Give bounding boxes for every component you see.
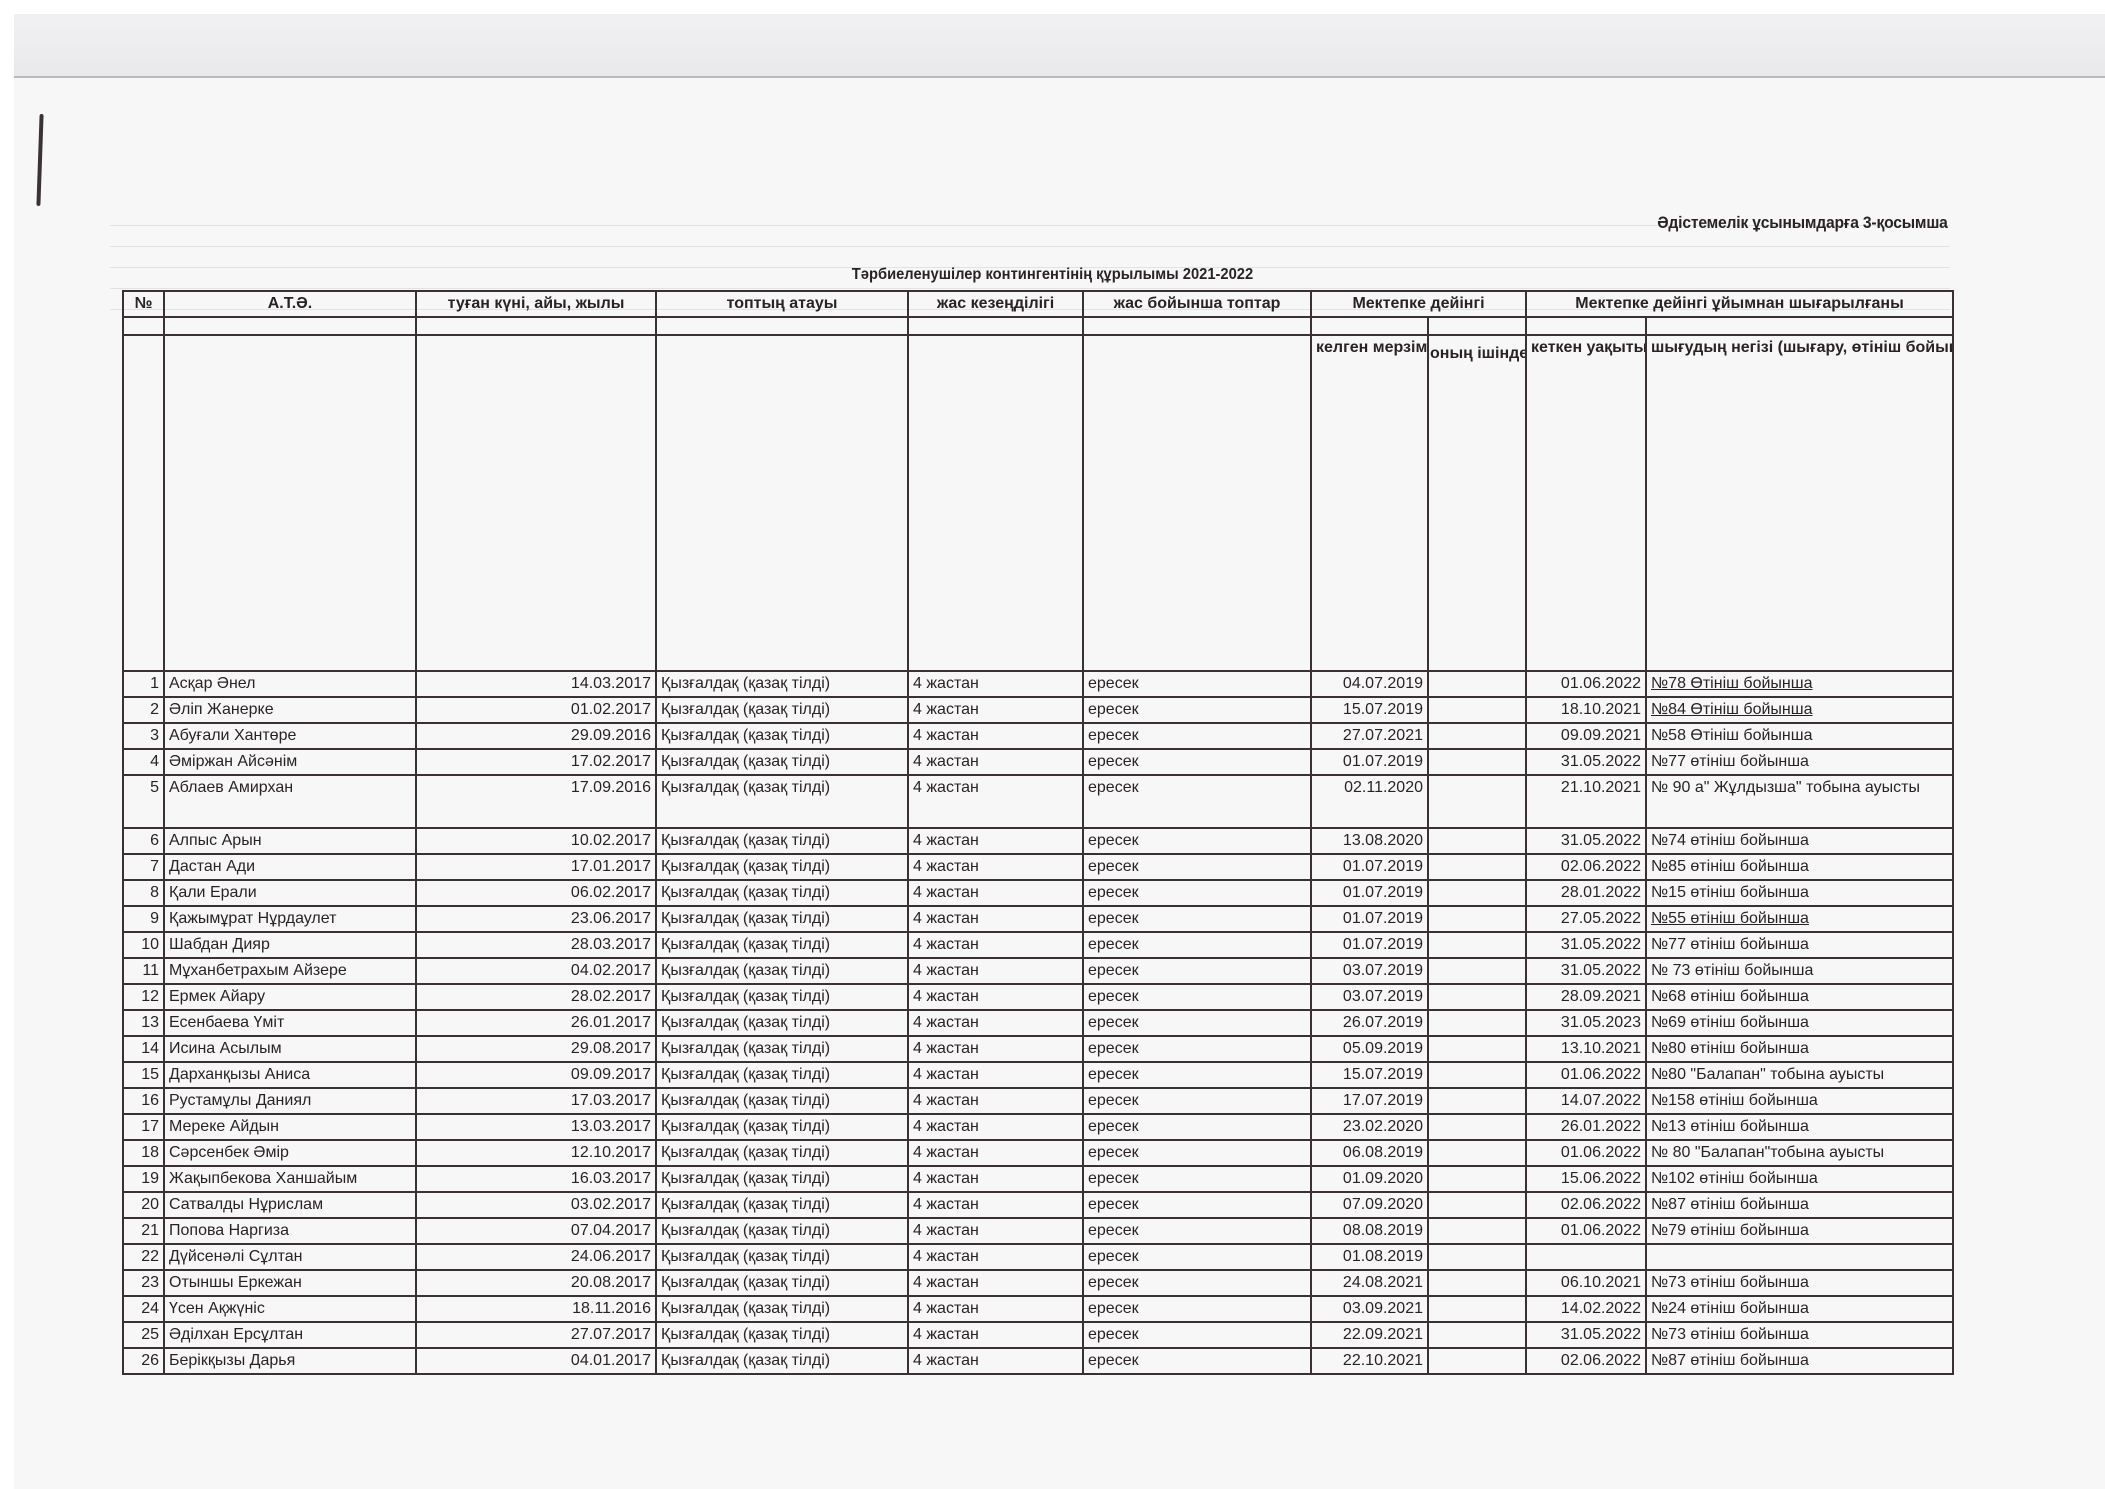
header-no: № [123,291,164,317]
cell-left-date: 18.10.2021 [1526,697,1646,723]
cell-age-period: 4 жастан [908,1140,1083,1166]
cell-state-order [1428,828,1526,854]
cell-birth-date: 14.03.2017 [416,671,656,697]
cell-leave-reason: №102 өтініш бойынша [1646,1166,1953,1192]
table-row: 5Аблаев Амирхан17.09.2016Қызғалдақ (қаза… [123,775,1953,828]
cell-group-name: Қызғалдақ (қазақ тілді) [656,828,908,854]
cell-row-number: 1 [123,671,164,697]
cell-age-group: ересек [1083,1140,1311,1166]
underlined-reason: №84 Өтініш бойынша [1651,701,1812,718]
cell-child-name: Аблаев Амирхан [164,775,416,828]
cell-birth-date: 09.09.2017 [416,1062,656,1088]
table-row: 22Дүйсенәлі Сұлтан24.06.2017Қызғалдақ (қ… [123,1244,1953,1270]
cell-left-date [1526,1244,1646,1270]
cell-child-name: Ермек Айару [164,984,416,1010]
cell-leave-reason: №68 өтініш бойынша [1646,984,1953,1010]
cell-age-group: ересек [1083,880,1311,906]
cell-arrival-date: 03.07.2019 [1311,958,1428,984]
cell-birth-date: 17.01.2017 [416,854,656,880]
table-row: 25Әділхан Ерсұлтан27.07.2017Қызғалдақ (қ… [123,1322,1953,1348]
cell-age-group: ересек [1083,1010,1311,1036]
cell-left-date: 27.05.2022 [1526,906,1646,932]
cell-child-name: Сәрсенбек Әмір [164,1140,416,1166]
cell-group-name: Қызғалдақ (қазақ тілді) [656,906,908,932]
cell-row-number: 24 [123,1296,164,1322]
table-row: 21Попова Наргиза07.04.2017Қызғалдақ (қаз… [123,1218,1953,1244]
cell-age-period: 4 жастан [908,775,1083,828]
table-row: 11Мұханбетрахым Айзере04.02.2017Қызғалда… [123,958,1953,984]
cell-row-number: 26 [123,1348,164,1374]
cell-birth-date: 12.10.2017 [416,1140,656,1166]
cell-age-group: ересек [1083,671,1311,697]
cell-leave-reason: № 80 "Балапан"тобына ауысты [1646,1140,1953,1166]
cell-group-name: Қызғалдақ (қазақ тілді) [656,1166,908,1192]
table-row: 20Сатвалды Нұрислам03.02.2017Қызғалдақ (… [123,1192,1953,1218]
cell-leave-reason: №69 өтініш бойынша [1646,1010,1953,1036]
cell-group-name: Қызғалдақ (қазақ тілді) [656,1244,908,1270]
cell-child-name: Дүйсенәлі Сұлтан [164,1244,416,1270]
cell-age-group: ересек [1083,1036,1311,1062]
cell-arrival-date: 06.08.2019 [1311,1140,1428,1166]
cell-state-order [1428,1322,1526,1348]
cell-row-number: 13 [123,1010,164,1036]
table-row: 10Шабдан Дияр28.03.2017Қызғалдақ (қазақ … [123,932,1953,958]
cell-age-group: ересек [1083,1218,1311,1244]
cell-age-period: 4 жастан [908,880,1083,906]
cell-left-date: 28.01.2022 [1526,880,1646,906]
cell-row-number: 12 [123,984,164,1010]
cell-child-name: Дарханқызы Аниса [164,1062,416,1088]
cell-leave-reason: №77 өтініш бойынша [1646,749,1953,775]
cell-birth-date: 16.03.2017 [416,1166,656,1192]
cell-birth-date: 18.11.2016 [416,1296,656,1322]
cell-birth-date: 07.04.2017 [416,1218,656,1244]
subheader-left-date: кеткен уақыты [1526,335,1646,671]
cell-age-group: ересек [1083,906,1311,932]
cell-state-order [1428,1270,1526,1296]
cell-state-order [1428,854,1526,880]
cell-age-period: 4 жастан [908,1348,1083,1374]
cell-arrival-date: 15.07.2019 [1311,697,1428,723]
cell-age-period: 4 жастан [908,854,1083,880]
cell-child-name: Берікқызы Дарья [164,1348,416,1374]
cell-age-group: ересек [1083,697,1311,723]
cell-child-name: Сатвалды Нұрислам [164,1192,416,1218]
cell-birth-date: 20.08.2017 [416,1270,656,1296]
cell-left-date: 02.06.2022 [1526,1192,1646,1218]
cell-age-group: ересек [1083,828,1311,854]
cell-birth-date: 23.06.2017 [416,906,656,932]
cell-left-date: 31.05.2023 [1526,1010,1646,1036]
cell-leave-reason: №73 өтініш бойынша [1646,1270,1953,1296]
cell-group-name: Қызғалдақ (қазақ тілді) [656,1296,908,1322]
cell-left-date: 15.06.2022 [1526,1166,1646,1192]
cell-child-name: Шабдан Дияр [164,932,416,958]
cell-group-name: Қызғалдақ (қазақ тілді) [656,1088,908,1114]
cell-child-name: Алпыс Арын [164,828,416,854]
table-row: 19Жақыпбекова Ханшайым16.03.2017Қызғалда… [123,1166,1953,1192]
cell-birth-date: 04.02.2017 [416,958,656,984]
cell-age-group: ересек [1083,749,1311,775]
cell-arrival-date: 23.02.2020 [1311,1114,1428,1140]
cell-left-date: 31.05.2022 [1526,828,1646,854]
cell-state-order [1428,932,1526,958]
cell-arrival-date: 01.07.2019 [1311,932,1428,958]
cell-birth-date: 29.08.2017 [416,1036,656,1062]
cell-arrival-date: 01.07.2019 [1311,749,1428,775]
table-row: 4Әміржан Айсәнім17.02.2017Қызғалдақ (қаз… [123,749,1953,775]
table-row: 24Үсен Ақжүніс18.11.2016Қызғалдақ (қазақ… [123,1296,1953,1322]
cell-row-number: 10 [123,932,164,958]
table-row: 15Дарханқызы Аниса09.09.2017Қызғалдақ (қ… [123,1062,1953,1088]
table-row: 9Қажымұрат Нұрдаулет23.06.2017Қызғалдақ … [123,906,1953,932]
cell-left-date: 01.06.2022 [1526,1140,1646,1166]
table-row: 16Рустамұлы Даниял17.03.2017Қызғалдақ (қ… [123,1088,1953,1114]
cell-age-period: 4 жастан [908,1010,1083,1036]
cell-row-number: 18 [123,1140,164,1166]
cell-state-order [1428,958,1526,984]
cell-arrival-date: 24.08.2021 [1311,1270,1428,1296]
cell-age-group: ересек [1083,1192,1311,1218]
cell-age-group: ересек [1083,1244,1311,1270]
cell-child-name: Үсен Ақжүніс [164,1296,416,1322]
cell-state-order [1428,1062,1526,1088]
cell-birth-date: 17.03.2017 [416,1088,656,1114]
cell-age-group: ересек [1083,958,1311,984]
cell-left-date: 01.06.2022 [1526,1062,1646,1088]
cell-arrival-date: 03.07.2019 [1311,984,1428,1010]
table-row: 26Берікқызы Дарья04.01.2017Қызғалдақ (қа… [123,1348,1953,1374]
cell-age-group: ересек [1083,1062,1311,1088]
cell-child-name: Мереке Айдын [164,1114,416,1140]
cell-age-group: ересек [1083,854,1311,880]
cell-group-name: Қызғалдақ (қазақ тілді) [656,775,908,828]
cell-arrival-date: 01.07.2019 [1311,880,1428,906]
cell-state-order [1428,1010,1526,1036]
header-preschool: Мектепке дейінгі [1311,291,1526,317]
cell-group-name: Қызғалдақ (қазақ тілді) [656,1348,908,1374]
cell-state-order [1428,723,1526,749]
cell-age-period: 4 жастан [908,1114,1083,1140]
cell-age-period: 4 жастан [908,1296,1083,1322]
cell-birth-date: 10.02.2017 [416,828,656,854]
cell-leave-reason: №80 "Балапан" тобына ауысты [1646,1062,1953,1088]
header-age-groups: жас бойынша топтар [1083,291,1311,317]
cell-age-period: 4 жастан [908,697,1083,723]
cell-child-name: Қали Ерали [164,880,416,906]
cell-state-order [1428,880,1526,906]
table-row: 2Әліп Жанерке01.02.2017Қызғалдақ (қазақ … [123,697,1953,723]
cell-child-name: Отыншы Еркежан [164,1270,416,1296]
cell-left-date: 01.06.2022 [1526,1218,1646,1244]
cell-left-date: 14.02.2022 [1526,1296,1646,1322]
cell-child-name: Мұханбетрахым Айзере [164,958,416,984]
cell-group-name: Қызғалдақ (қазақ тілді) [656,1322,908,1348]
table-row: 13Есенбаева Үміт26.01.2017Қызғалдақ (қаз… [123,1010,1953,1036]
cell-left-date: 02.06.2022 [1526,1348,1646,1374]
cell-child-name: Асқар Әнел [164,671,416,697]
cell-child-name: Попова Наргиза [164,1218,416,1244]
table-row: 7Дастан Ади17.01.2017Қызғалдақ (қазақ ті… [123,854,1953,880]
cell-state-order [1428,671,1526,697]
cell-age-period: 4 жастан [908,1322,1083,1348]
cell-row-number: 8 [123,880,164,906]
cell-group-name: Қызғалдақ (қазақ тілді) [656,749,908,775]
cell-state-order [1428,1244,1526,1270]
cell-group-name: Қызғалдақ (қазақ тілді) [656,984,908,1010]
cell-state-order [1428,697,1526,723]
cell-left-date: 31.05.2022 [1526,749,1646,775]
cell-birth-date: 03.02.2017 [416,1192,656,1218]
subheader-arrival-date: келген мерзімі [1311,335,1428,671]
cell-group-name: Қызғалдақ (қазақ тілді) [656,671,908,697]
cell-state-order [1428,749,1526,775]
cell-age-group: ересек [1083,1088,1311,1114]
scan-edge-band [14,14,2105,78]
cell-group-name: Қызғалдақ (қазақ тілді) [656,1114,908,1140]
cell-age-period: 4 жастан [908,984,1083,1010]
cell-leave-reason: №15 өтініш бойынша [1646,880,1953,906]
cell-age-group: ересек [1083,984,1311,1010]
cell-arrival-date: 22.10.2021 [1311,1348,1428,1374]
cell-age-period: 4 жастан [908,671,1083,697]
header-discharged: Мектепке дейінгі ұйымнан шығарылғаны [1526,291,1953,317]
cell-left-date: 26.01.2022 [1526,1114,1646,1140]
cell-birth-date: 28.02.2017 [416,984,656,1010]
cell-age-period: 4 жастан [908,1270,1083,1296]
cell-row-number: 3 [123,723,164,749]
cell-left-date: 31.05.2022 [1526,1322,1646,1348]
cell-state-order [1428,1348,1526,1374]
cell-group-name: Қызғалдақ (қазақ тілді) [656,1140,908,1166]
cell-state-order [1428,1192,1526,1218]
cell-age-period: 4 жастан [908,749,1083,775]
cell-leave-reason: №80 өтініш бойынша [1646,1036,1953,1062]
cell-age-group: ересек [1083,723,1311,749]
table-row: 6Алпыс Арын10.02.2017Қызғалдақ (қазақ ті… [123,828,1953,854]
cell-row-number: 20 [123,1192,164,1218]
cell-age-group: ересек [1083,932,1311,958]
cell-leave-reason: №74 өтініш бойынша [1646,828,1953,854]
cell-age-period: 4 жастан [908,723,1083,749]
cell-birth-date: 17.02.2017 [416,749,656,775]
cell-state-order [1428,1218,1526,1244]
table-row: 12Ермек Айару28.02.2017Қызғалдақ (қазақ … [123,984,1953,1010]
cell-row-number: 25 [123,1322,164,1348]
cell-birth-date: 17.09.2016 [416,775,656,828]
cell-leave-reason: № 90 а" Жұлдызша" тобына ауысты [1646,775,1953,828]
cell-child-name: Исина Асылым [164,1036,416,1062]
contingent-table: № А.Т.Ә. туған күні, айы, жылы топтың ат… [122,290,1954,1375]
cell-leave-reason: №79 өтініш бойынша [1646,1218,1953,1244]
cell-child-name: Жақыпбекова Ханшайым [164,1166,416,1192]
cell-birth-date: 13.03.2017 [416,1114,656,1140]
underlined-reason: №78 Өтініш бойынша [1651,675,1812,692]
cell-row-number: 14 [123,1036,164,1062]
cell-row-number: 4 [123,749,164,775]
cell-age-period: 4 жастан [908,1036,1083,1062]
cell-row-number: 2 [123,697,164,723]
cell-group-name: Қызғалдақ (қазақ тілді) [656,1036,908,1062]
cell-leave-reason: №73 өтініш бойынша [1646,1322,1953,1348]
cell-left-date: 28.09.2021 [1526,984,1646,1010]
cell-leave-reason [1646,1244,1953,1270]
cell-leave-reason: №77 өтініш бойынша [1646,932,1953,958]
cell-group-name: Қызғалдақ (қазақ тілді) [656,854,908,880]
cell-birth-date: 29.09.2016 [416,723,656,749]
cell-row-number: 15 [123,1062,164,1088]
cell-left-date: 01.06.2022 [1526,671,1646,697]
cell-arrival-date: 02.11.2020 [1311,775,1428,828]
cell-arrival-date: 13.08.2020 [1311,828,1428,854]
cell-age-period: 4 жастан [908,1088,1083,1114]
cell-leave-reason: № 73 өтініш бойынша [1646,958,1953,984]
cell-state-order [1428,1036,1526,1062]
cell-age-group: ересек [1083,1114,1311,1140]
cell-leave-reason: №55 өтініш бойынша [1646,906,1953,932]
cell-row-number: 9 [123,906,164,932]
subheader-reason: шығудың негізі (шығару, өтініш бойынша, … [1646,335,1953,671]
cell-arrival-date: 17.07.2019 [1311,1088,1428,1114]
cell-birth-date: 24.06.2017 [416,1244,656,1270]
cell-state-order [1428,1166,1526,1192]
cell-age-group: ересек [1083,1296,1311,1322]
cell-leave-reason: №13 өтініш бойынша [1646,1114,1953,1140]
cell-state-order [1428,1088,1526,1114]
cell-state-order [1428,984,1526,1010]
cell-left-date: 02.06.2022 [1526,854,1646,880]
cell-state-order [1428,775,1526,828]
header-dob: туған күні, айы, жылы [416,291,656,317]
cell-row-number: 5 [123,775,164,828]
cell-arrival-date: 22.09.2021 [1311,1322,1428,1348]
cell-age-group: ересек [1083,1348,1311,1374]
cell-row-number: 22 [123,1244,164,1270]
cell-leave-reason: №158 өтініш бойынша [1646,1088,1953,1114]
document-title: Тәрбиеленушілер контингентінің құрылымы … [84,266,2021,284]
cell-arrival-date: 07.09.2020 [1311,1192,1428,1218]
table-row: 17Мереке Айдын13.03.2017Қызғалдақ (қазақ… [123,1114,1953,1140]
cell-group-name: Қызғалдақ (қазақ тілді) [656,1218,908,1244]
cell-arrival-date: 05.09.2019 [1311,1036,1428,1062]
cell-group-name: Қызғалдақ (қазақ тілді) [656,1270,908,1296]
cell-age-period: 4 жастан [908,932,1083,958]
cell-arrival-date: 01.07.2019 [1311,854,1428,880]
cell-age-period: 4 жастан [908,1062,1083,1088]
cell-child-name: Қажымұрат Нұрдаулет [164,906,416,932]
cell-child-name: Әділхан Ерсұлтан [164,1322,416,1348]
cell-arrival-date: 27.07.2021 [1311,723,1428,749]
cell-child-name: Әліп Жанерке [164,697,416,723]
cell-arrival-date: 03.09.2021 [1311,1296,1428,1322]
cell-row-number: 11 [123,958,164,984]
cell-row-number: 21 [123,1218,164,1244]
table-row: 14Исина Асылым29.08.2017Қызғалдақ (қазақ… [123,1036,1953,1062]
cell-group-name: Қызғалдақ (қазақ тілді) [656,723,908,749]
cell-left-date: 31.05.2022 [1526,958,1646,984]
cell-child-name: Әміржан Айсәнім [164,749,416,775]
cell-left-date: 14.07.2022 [1526,1088,1646,1114]
cell-group-name: Қызғалдақ (қазақ тілді) [656,958,908,984]
cell-child-name: Есенбаева Үміт [164,1010,416,1036]
cell-leave-reason: №87 өтініш бойынша [1646,1348,1953,1374]
cell-child-name: Дастан Ади [164,854,416,880]
cell-age-period: 4 жастан [908,1218,1083,1244]
cell-state-order [1428,1140,1526,1166]
cell-arrival-date: 08.08.2019 [1311,1218,1428,1244]
cell-row-number: 19 [123,1166,164,1192]
cell-child-name: Рустамұлы Даниял [164,1088,416,1114]
cell-age-period: 4 жастан [908,906,1083,932]
cell-group-name: Қызғалдақ (қазақ тілді) [656,1010,908,1036]
underlined-reason: №55 өтініш бойынша [1651,910,1809,927]
cell-group-name: Қызғалдақ (қазақ тілді) [656,697,908,723]
cell-row-number: 17 [123,1114,164,1140]
cell-arrival-date: 01.08.2019 [1311,1244,1428,1270]
cell-leave-reason: №84 Өтініш бойынша [1646,697,1953,723]
cell-age-group: ересек [1083,1322,1311,1348]
table-row: 3Абуғали Хантөре29.09.2016Қызғалдақ (қаз… [123,723,1953,749]
cell-age-period: 4 жастан [908,828,1083,854]
cell-arrival-date: 15.07.2019 [1311,1062,1428,1088]
cell-leave-reason: №78 Өтініш бойынша [1646,671,1953,697]
cell-leave-reason: №58 Өтініш бойынша [1646,723,1953,749]
cell-row-number: 16 [123,1088,164,1114]
cell-group-name: Қызғалдақ (қазақ тілді) [656,1062,908,1088]
cell-row-number: 7 [123,854,164,880]
header-spacer-row [123,317,1953,335]
cell-group-name: Қызғалдақ (қазақ тілді) [656,880,908,906]
cell-state-order [1428,906,1526,932]
cell-leave-reason: №87 өтініш бойынша [1646,1192,1953,1218]
cell-arrival-date: 01.09.2020 [1311,1166,1428,1192]
cell-birth-date: 28.03.2017 [416,932,656,958]
header-group-name: топтың атауы [656,291,908,317]
cell-left-date: 21.10.2021 [1526,775,1646,828]
cell-left-date: 13.10.2021 [1526,1036,1646,1062]
cell-state-order [1428,1296,1526,1322]
cell-group-name: Қызғалдақ (қазақ тілді) [656,932,908,958]
cell-group-name: Қызғалдақ (қазақ тілді) [656,1192,908,1218]
cell-birth-date: 27.07.2017 [416,1322,656,1348]
cell-age-period: 4 жастан [908,1192,1083,1218]
cell-left-date: 31.05.2022 [1526,932,1646,958]
table-row: 23Отыншы Еркежан20.08.2017Қызғалдақ (қаз… [123,1270,1953,1296]
cell-row-number: 23 [123,1270,164,1296]
cell-age-group: ересек [1083,1270,1311,1296]
table-row: 18Сәрсенбек Әмір12.10.2017Қызғалдақ (қаз… [123,1140,1953,1166]
table-row: 8Қали Ерали06.02.2017Қызғалдақ (қазақ ті… [123,880,1953,906]
cell-arrival-date: 01.07.2019 [1311,906,1428,932]
cell-age-period: 4 жастан [908,1166,1083,1192]
subheader-state-order: оның ішінде мемлекеттік тапсырыс бойынша… [1428,335,1526,671]
cell-leave-reason: №24 өтініш бойынша [1646,1296,1953,1322]
header-name: А.Т.Ә. [164,291,416,317]
header-age-period: жас кезеңділігі [908,291,1083,317]
cell-arrival-date: 26.07.2019 [1311,1010,1428,1036]
annex-label: Әдістемелік ұсынымдарға 3-қосымша [1658,213,1948,233]
cell-birth-date: 26.01.2017 [416,1010,656,1036]
cell-age-group: ересек [1083,775,1311,828]
cell-age-group: ересек [1083,1166,1311,1192]
cell-arrival-date: 04.07.2019 [1311,671,1428,697]
cell-left-date: 06.10.2021 [1526,1270,1646,1296]
cell-age-period: 4 жастан [908,958,1083,984]
cell-birth-date: 01.02.2017 [416,697,656,723]
cell-age-period: 4 жастан [908,1244,1083,1270]
cell-birth-date: 06.02.2017 [416,880,656,906]
cell-state-order [1428,1114,1526,1140]
